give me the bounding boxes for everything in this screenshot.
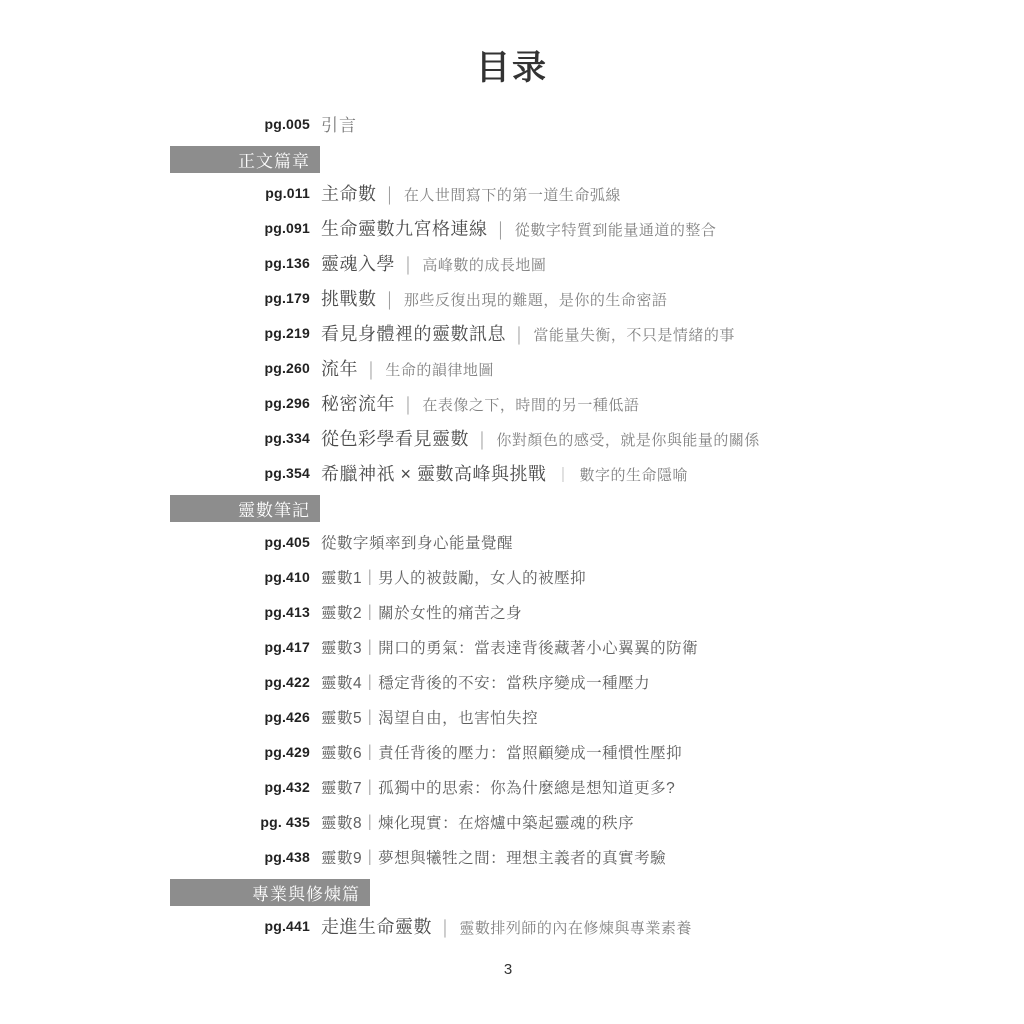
toc-entry-page-number: pg.354 bbox=[0, 465, 310, 481]
toc-entry-page-number: pg.438 bbox=[0, 849, 310, 865]
toc-entry-title: 走進生命靈數 bbox=[321, 917, 432, 937]
toc-entry-text: 秘密流年│在表像之下，時間的另一種低語 bbox=[321, 390, 639, 416]
toc-entry-title: 流年 bbox=[321, 359, 358, 379]
book-toc-page: 目录 pg.005引言正文篇章pg.011主命數│在人世間寫下的第一道生命弧線p… bbox=[0, 0, 1024, 1024]
toc-entry-row: pg. 435靈數8｜煉化現實：在熔爐中築起靈魂的秩序 bbox=[0, 804, 1024, 839]
toc-entry-subtitle: 數字的生命隱喻 bbox=[580, 467, 689, 484]
toc-entry-title: 挑戰數 bbox=[321, 289, 377, 309]
toc-entry-title: 靈魂入學 bbox=[321, 254, 395, 274]
toc-entry-page-number: pg.410 bbox=[0, 569, 310, 585]
toc-entry-text: 靈數8｜煉化現實：在熔爐中築起靈魂的秩序 bbox=[321, 811, 634, 833]
toc-entry-row: pg.136靈魂入學│高峰數的成長地圖 bbox=[0, 245, 1024, 280]
toc-entry-row: pg.410靈數1｜男人的被鼓勵，女人的被壓抑 bbox=[0, 559, 1024, 594]
toc-entry-text: 靈數1｜男人的被鼓勵，女人的被壓抑 bbox=[321, 566, 586, 588]
toc-entry-page-number: pg.426 bbox=[0, 709, 310, 725]
toc-entry-subtitle: 生命的韻律地圖 bbox=[385, 362, 494, 379]
toc-entry-title: 引言 bbox=[321, 116, 357, 135]
toc-entry-divider: │ bbox=[404, 397, 413, 414]
toc-entry-subtitle: 在人世間寫下的第一道生命弧線 bbox=[404, 187, 621, 204]
section-header-label: 靈數筆記 bbox=[238, 496, 310, 521]
footer-page-number: 3 bbox=[0, 961, 1016, 978]
page-title: 目录 bbox=[0, 0, 1024, 88]
toc-entry-subtitle: 靈數排列師的內在修煉與專業素養 bbox=[459, 920, 692, 937]
toc-entry-title: 靈數1｜男人的被鼓勵，女人的被壓抑 bbox=[321, 570, 586, 587]
toc-entry-page-number: pg.219 bbox=[0, 325, 310, 341]
toc-entry-text: 靈數3｜開口的勇氣：當表達背後藏著小心翼翼的防衛 bbox=[321, 636, 698, 658]
toc-entry-row: pg.296秘密流年│在表像之下，時間的另一種低語 bbox=[0, 385, 1024, 420]
toc-entry-page-number: pg.417 bbox=[0, 639, 310, 655]
toc-entry-text: 靈數9｜夢想與犧牲之間：理想主義者的真實考驗 bbox=[321, 846, 666, 868]
toc-entry-page-number: pg.422 bbox=[0, 674, 310, 690]
section-header-label: 正文篇章 bbox=[238, 147, 310, 172]
toc-entry-subtitle: 當能量失衡，不只是情緒的事 bbox=[533, 327, 735, 344]
toc-entry-row: pg.441走進生命靈數│靈數排列師的內在修煉與專業素養 bbox=[0, 908, 1024, 943]
toc-entry-title: 主命數 bbox=[321, 184, 377, 204]
toc-entry-title: 靈數8｜煉化現實：在熔爐中築起靈魂的秩序 bbox=[321, 815, 634, 832]
toc-entry-page-number: pg.441 bbox=[0, 918, 310, 934]
toc-entry-text: 靈數7｜孤獨中的思索：你為什麼總是想知道更多? bbox=[321, 776, 675, 798]
toc-entry-text: 引言 bbox=[321, 111, 357, 136]
toc-entry-row: pg.354希臘神祇 × 靈數高峰與挑戰｜數字的生命隱喻 bbox=[0, 455, 1024, 490]
toc-entry-title: 看見身體裡的靈數訊息 bbox=[321, 324, 506, 344]
section-header-bar: 正文篇章 bbox=[170, 146, 320, 173]
toc-entry-row: pg.260流年│生命的韻律地圖 bbox=[0, 350, 1024, 385]
toc-entry-row: pg.091生命靈數九宮格連線│從數字特質到能量通道的整合 bbox=[0, 210, 1024, 245]
toc-entry-divider: │ bbox=[404, 257, 413, 274]
toc-entry-text: 走進生命靈數│靈數排列師的內在修煉與專業素養 bbox=[321, 913, 692, 939]
toc-entry-page-number: pg.405 bbox=[0, 534, 310, 550]
toc-entry-page-number: pg.413 bbox=[0, 604, 310, 620]
toc-entry-subtitle: 在表像之下，時間的另一種低語 bbox=[422, 397, 639, 414]
toc-entry-divider: ｜ bbox=[556, 467, 571, 484]
toc-entry-divider: │ bbox=[386, 292, 395, 309]
toc-entry-text: 挑戰數│那些反復出現的難題，是你的生命密語 bbox=[321, 285, 667, 311]
toc-entry-page-number: pg. 435 bbox=[0, 814, 310, 830]
toc-entry-divider: │ bbox=[478, 432, 487, 449]
toc-entry-row: pg.219看見身體裡的靈數訊息│當能量失衡，不只是情緒的事 bbox=[0, 315, 1024, 350]
toc-entry-text: 生命靈數九宮格連線│從數字特質到能量通道的整合 bbox=[321, 215, 716, 241]
toc-entry-text: 靈數2｜關於女性的痛苦之身 bbox=[321, 601, 522, 623]
toc-entry-text: 靈數6｜責任背後的壓力：當照顧變成一種慣性壓抑 bbox=[321, 741, 682, 763]
toc-entry-subtitle: 高峰數的成長地圖 bbox=[422, 257, 546, 274]
toc-entry-page-number: pg.005 bbox=[0, 116, 310, 132]
toc-entry-row: pg.405從數字頻率到身心能量覺醒 bbox=[0, 524, 1024, 559]
toc-entry-title: 靈數4｜穩定背後的不安：當秩序變成一種壓力 bbox=[321, 675, 650, 692]
toc-entry-title: 靈數5｜渴望自由，也害怕失控 bbox=[321, 710, 538, 727]
toc-entry-divider: │ bbox=[386, 187, 395, 204]
toc-entry-row: pg.438靈數9｜夢想與犧牲之間：理想主義者的真實考驗 bbox=[0, 839, 1024, 874]
toc-entry-row: pg.413靈數2｜關於女性的痛苦之身 bbox=[0, 594, 1024, 629]
toc-entry-page-number: pg.296 bbox=[0, 395, 310, 411]
toc-entry-page-number: pg.260 bbox=[0, 360, 310, 376]
toc-entry-text: 主命數│在人世間寫下的第一道生命弧線 bbox=[321, 180, 621, 206]
toc-entry-text: 希臘神祇 × 靈數高峰與挑戰｜數字的生命隱喻 bbox=[321, 460, 688, 486]
toc-entry-text: 靈數5｜渴望自由，也害怕失控 bbox=[321, 706, 538, 728]
toc-entry-title: 靈數2｜關於女性的痛苦之身 bbox=[321, 605, 522, 622]
toc-list: pg.005引言正文篇章pg.011主命數│在人世間寫下的第一道生命弧線pg.0… bbox=[0, 106, 1024, 943]
toc-entry-title: 靈數6｜責任背後的壓力：當照顧變成一種慣性壓抑 bbox=[321, 745, 682, 762]
toc-entry-title: 從數字頻率到身心能量覺醒 bbox=[321, 535, 513, 552]
section-header-bar: 專業與修煉篇 bbox=[170, 879, 370, 906]
toc-entry-title: 靈數3｜開口的勇氣：當表達背後藏著小心翼翼的防衛 bbox=[321, 640, 698, 657]
toc-entry-title: 靈數9｜夢想與犧牲之間：理想主義者的真實考驗 bbox=[321, 850, 666, 867]
toc-entry-subtitle: 那些反復出現的難題，是你的生命密語 bbox=[404, 292, 668, 309]
toc-entry-row: pg.005引言 bbox=[0, 106, 1024, 141]
toc-entry-title: 秘密流年 bbox=[321, 394, 395, 414]
toc-entry-title: 靈數7｜孤獨中的思索：你為什麼總是想知道更多? bbox=[321, 780, 675, 797]
toc-entry-row: pg.422靈數4｜穩定背後的不安：當秩序變成一種壓力 bbox=[0, 664, 1024, 699]
toc-entry-page-number: pg.136 bbox=[0, 255, 310, 271]
toc-entry-page-number: pg.011 bbox=[0, 185, 310, 201]
toc-entry-row: pg.432靈數7｜孤獨中的思索：你為什麼總是想知道更多? bbox=[0, 769, 1024, 804]
section-header-label: 專業與修煉篇 bbox=[252, 880, 360, 905]
toc-entry-row: pg.011主命數│在人世間寫下的第一道生命弧線 bbox=[0, 175, 1024, 210]
toc-entry-row: pg.179挑戰數│那些反復出現的難題，是你的生命密語 bbox=[0, 280, 1024, 315]
toc-entry-page-number: pg.179 bbox=[0, 290, 310, 306]
toc-entry-divider: │ bbox=[515, 327, 524, 344]
toc-entry-row: pg.429靈數6｜責任背後的壓力：當照顧變成一種慣性壓抑 bbox=[0, 734, 1024, 769]
toc-entry-page-number: pg.091 bbox=[0, 220, 310, 236]
toc-entry-text: 從數字頻率到身心能量覺醒 bbox=[321, 531, 513, 553]
toc-entry-text: 流年│生命的韻律地圖 bbox=[321, 355, 494, 381]
toc-entry-subtitle: 你對顏色的感受，就是你與能量的關係 bbox=[496, 432, 760, 449]
toc-entry-text: 靈數4｜穩定背後的不安：當秩序變成一種壓力 bbox=[321, 671, 650, 693]
toc-entry-title: 希臘神祇 × 靈數高峰與挑戰 bbox=[321, 464, 547, 484]
toc-entry-page-number: pg.432 bbox=[0, 779, 310, 795]
toc-entry-title: 生命靈數九宮格連線 bbox=[321, 219, 488, 239]
toc-entry-divider: │ bbox=[441, 920, 450, 937]
toc-entry-title: 從色彩學看見靈數 bbox=[321, 429, 469, 449]
toc-entry-divider: │ bbox=[367, 362, 376, 379]
toc-entry-row: pg.334從色彩學看見靈數│你對顏色的感受，就是你與能量的關係 bbox=[0, 420, 1024, 455]
toc-entry-row: pg.417靈數3｜開口的勇氣：當表達背後藏著小心翼翼的防衛 bbox=[0, 629, 1024, 664]
toc-entry-row: pg.426靈數5｜渴望自由，也害怕失控 bbox=[0, 699, 1024, 734]
toc-entry-subtitle: 從數字特質到能量通道的整合 bbox=[515, 222, 717, 239]
toc-entry-page-number: pg.334 bbox=[0, 430, 310, 446]
toc-entry-text: 看見身體裡的靈數訊息│當能量失衡，不只是情緒的事 bbox=[321, 320, 735, 346]
toc-entry-divider: │ bbox=[497, 222, 506, 239]
toc-entry-text: 靈魂入學│高峰數的成長地圖 bbox=[321, 250, 546, 276]
section-header-bar: 靈數筆記 bbox=[170, 495, 320, 522]
toc-entry-text: 從色彩學看見靈數│你對顏色的感受，就是你與能量的關係 bbox=[321, 425, 760, 451]
toc-entry-page-number: pg.429 bbox=[0, 744, 310, 760]
